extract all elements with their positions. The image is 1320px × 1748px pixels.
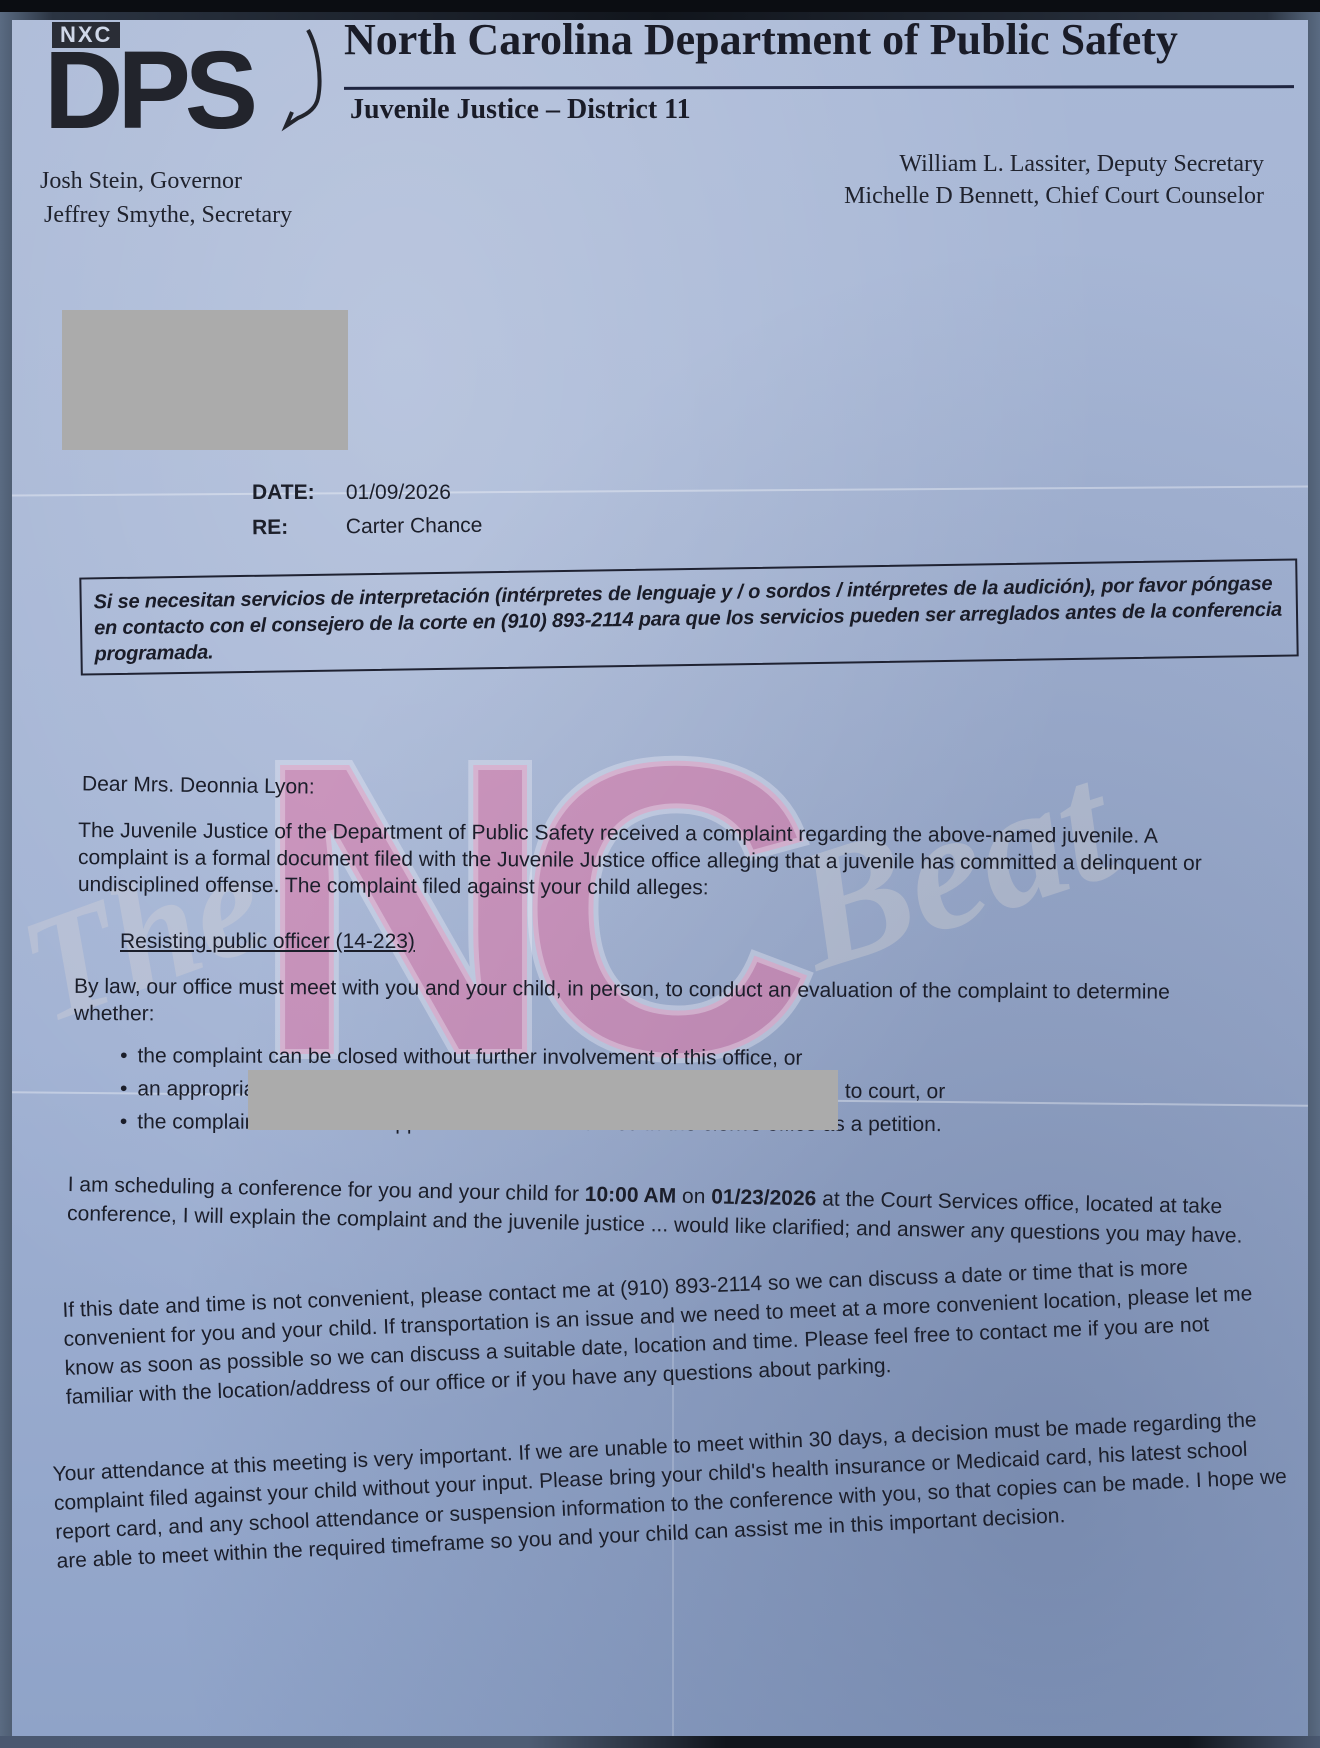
re-row: RE: Carter Chance xyxy=(252,509,483,545)
conference-date: 01/23/2026 xyxy=(711,1185,817,1210)
official-governor: Josh Stein, Governor xyxy=(40,164,292,198)
letter-meta: DATE: 01/09/2026 RE: Carter Chance xyxy=(252,476,482,544)
scheduling-text: I am scheduling a xyxy=(68,1173,233,1199)
paper-crease xyxy=(12,485,1308,496)
re-label: RE: xyxy=(252,510,340,545)
photo-frame-bottom xyxy=(0,1736,1320,1748)
official-deputy-secretary: William L. Lassiter, Deputy Secretary xyxy=(844,148,1264,180)
official-chief-court-counselor: Michelle D Bennett, Chief Court Counselo… xyxy=(844,180,1264,212)
list-item: the complaint can be closed without furt… xyxy=(120,1042,1120,1072)
redacted-office-location xyxy=(248,1070,838,1130)
the-nc-beat-watermark: The NC Beat xyxy=(212,680,1308,1240)
paragraph-scheduling: I am scheduling a conference for you and… xyxy=(67,1170,1288,1251)
salutation: Dear Mrs. Deonnia Lyon: xyxy=(82,770,315,800)
right-officials: William L. Lassiter, Deputy Secretary Mi… xyxy=(844,148,1264,212)
scheduling-text: at the Court Services office, located at xyxy=(822,1187,1177,1217)
scheduling-text: conference for you and your child for xyxy=(238,1176,579,1206)
scheduling-text: on xyxy=(682,1185,706,1208)
paragraph-complaint: The Juvenile Justice of the Department o… xyxy=(78,817,1208,904)
official-secretary: Jeffrey Smythe, Secretary xyxy=(44,198,292,232)
re-value: Carter Chance xyxy=(346,514,483,538)
redacted-address-block xyxy=(62,310,348,450)
date-label: DATE: xyxy=(252,476,340,510)
paragraph-reschedule: If this date and time is not convenient,… xyxy=(62,1250,1266,1412)
left-officials: Josh Stein, Governor Jeffrey Smythe, Sec… xyxy=(40,164,292,232)
department-title: North Carolina Department of Public Safe… xyxy=(344,20,1178,65)
date-value: 01/09/2026 xyxy=(346,481,451,504)
interpretation-notice: Si se necesitan servicios de interpretac… xyxy=(79,558,1298,675)
paragraph-by-law: By law, our office must meet with you an… xyxy=(74,973,1244,1033)
photo-frame-top xyxy=(0,0,1320,12)
dps-logo: NXC DPS xyxy=(30,28,330,148)
date-row: DATE: 01/09/2026 xyxy=(252,476,482,510)
letter-page: NXC DPS North Carolina Department of Pub… xyxy=(12,20,1308,1736)
logo-text: DPS xyxy=(44,36,252,146)
header-rule xyxy=(344,85,1294,90)
division-title: Juvenile Justice – District 11 xyxy=(350,94,691,126)
alleged-offense: Resisting public officer (14-223) xyxy=(120,928,415,955)
nc-state-outline-icon xyxy=(278,28,328,138)
conference-time: 10:00 AM xyxy=(585,1183,677,1208)
